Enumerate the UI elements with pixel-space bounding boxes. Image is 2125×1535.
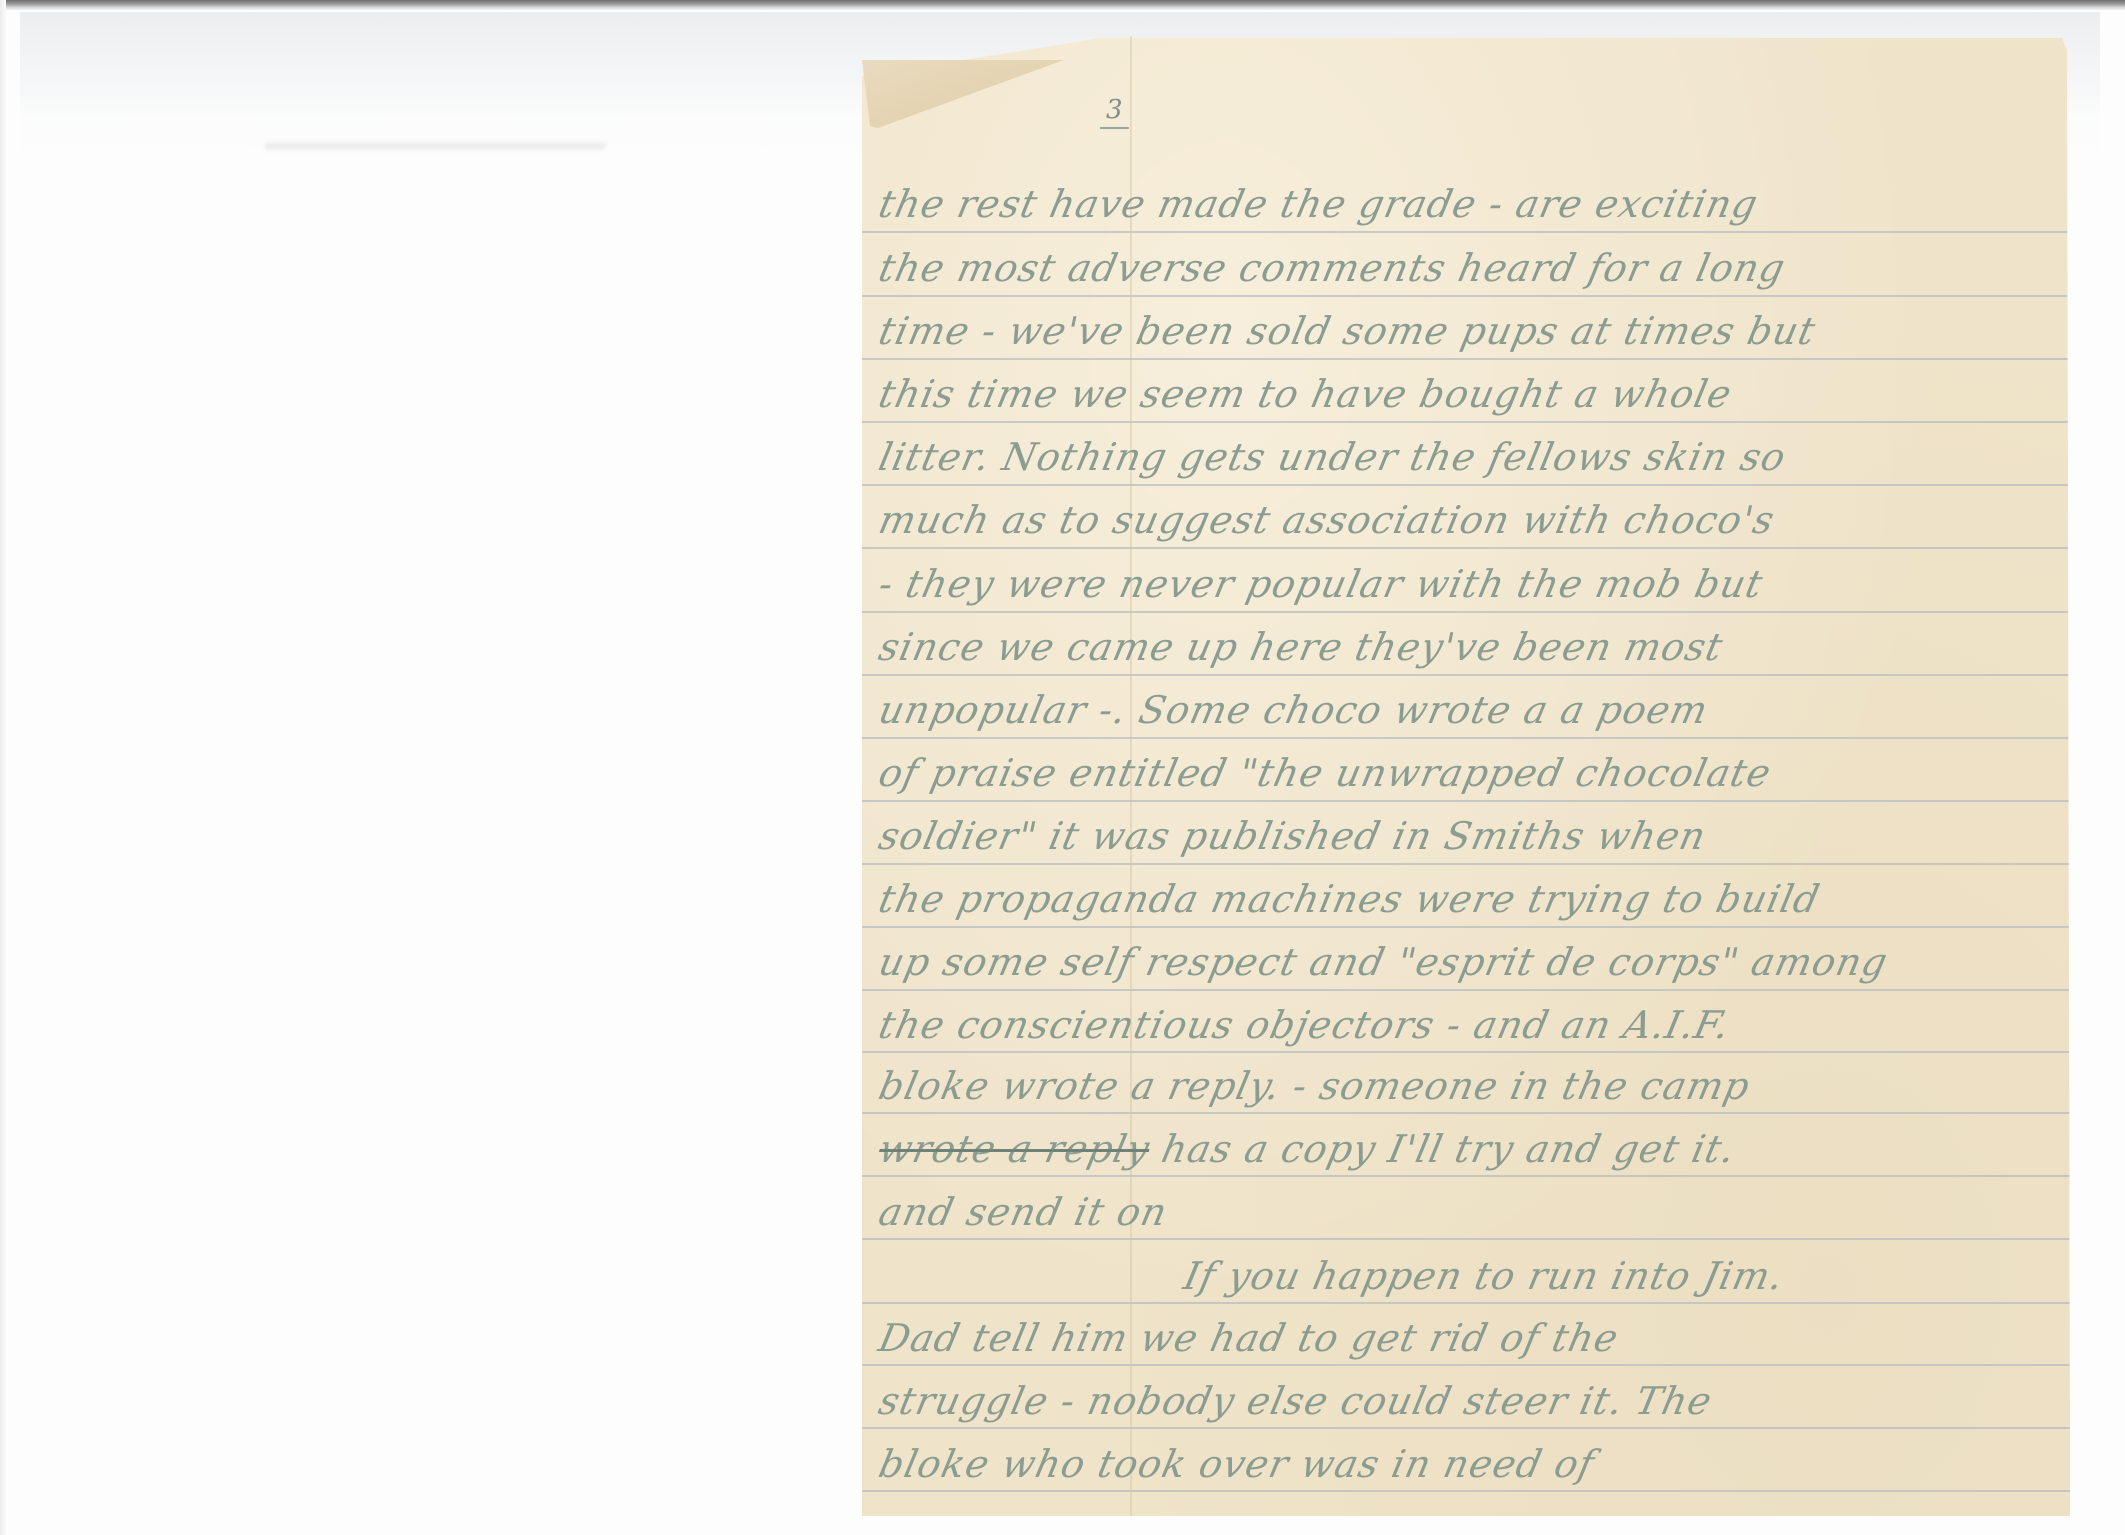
ruled-line [862,863,2070,865]
scanner-top-edge [0,0,2125,10]
scanner-left-edge [0,0,6,1535]
handwritten-line: litter. Nothing gets under the fellows s… [875,435,1790,479]
ruled-line [862,358,2070,360]
handwritten-line: bloke wrote a reply. - someone in the ca… [875,1064,1754,1108]
scanner-ghost-mark [265,143,605,149]
ruled-line [862,1490,2070,1492]
ruled-line [862,611,2070,613]
ruled-line [862,421,2070,423]
handwritten-line: the most adverse comments heard for a lo… [875,246,1790,290]
ruled-line [862,989,2070,991]
ruled-line [862,547,2070,549]
handwritten-line: struggle - nobody else could steer it. T… [875,1379,1716,1423]
handwritten-line: much as to suggest association with choc… [875,498,1779,542]
handwritten-line: this time we seem to have bought a whole [875,372,1736,416]
struck-through-text: wrote a reply [875,1127,1154,1171]
ruled-line [862,1112,2070,1114]
handwritten-line: the rest have made the grade - are excit… [875,182,1762,226]
handwritten-line: the propaganda machines were trying to b… [875,877,1824,921]
ruled-line [862,1175,2070,1177]
ruled-line [862,674,2070,676]
page-number: 3 [1100,95,1129,129]
handwritten-line: bloke who took over was in need of [875,1442,1599,1486]
handwritten-line: the conscientious objectors - and an A.I… [875,1003,1734,1047]
line-text: has a copy I'll try and get it. [1145,1127,1740,1171]
ruled-line [862,231,2070,233]
handwritten-line: Dad tell him we had to get rid of the [875,1316,1623,1360]
ruled-line [862,1302,2070,1304]
handwritten-line: - they were never popular with the mob b… [875,562,1767,606]
handwritten-line: unpopular -. Some choco wrote a a poem [875,688,1712,732]
ruled-line [862,1051,2070,1053]
ruled-line [862,1427,2070,1429]
handwritten-line: of praise entitled "the unwrapped chocol… [875,751,1775,795]
handwritten-line: and send it on [875,1190,1172,1234]
ruled-line [862,737,2070,739]
ruled-line [862,484,2070,486]
handwritten-line: soldier" it was published in Smiths when [875,814,1710,858]
handwritten-line: time - we've been sold some pups at time… [875,309,1820,353]
ruled-line [862,926,2070,928]
handwritten-line: since we came up here they've been most [875,625,1727,669]
ruled-line [862,295,2070,297]
ruled-line [862,1364,2070,1366]
handwritten-line: up some self respect and "esprit de corp… [875,940,1892,984]
handwritten-line-indented: If you happen to run into Jim. [1180,1254,1788,1298]
ruled-line [862,1238,2070,1240]
ruled-line [862,800,2070,802]
handwritten-line: wrote a reply has a copy I'll try and ge… [875,1127,1740,1171]
